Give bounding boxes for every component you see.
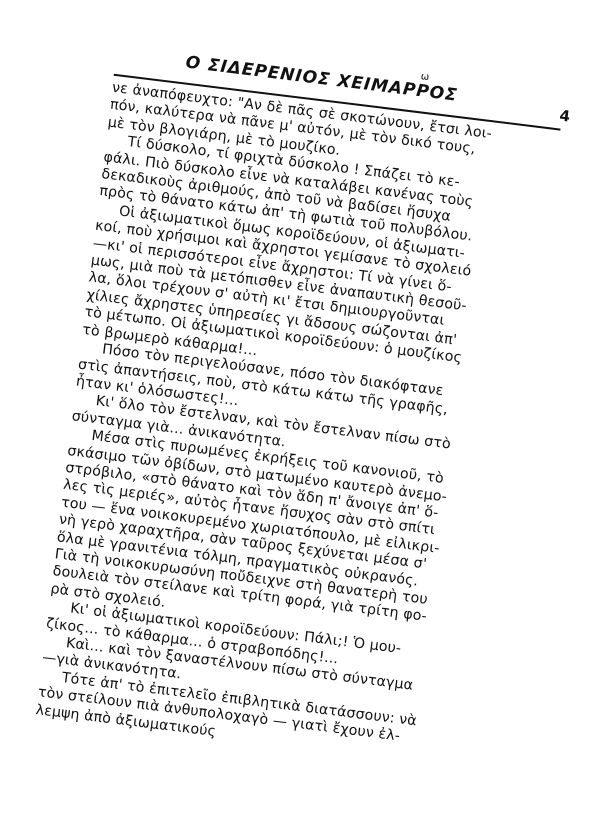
scanned-page-background: Ο ΣΙΔΕΡΕΝΙΟΣ ΧΕΙΜΑΡΡΟΣ ω 4 νε ἀναπόφευχτ… xyxy=(0,0,600,840)
header-ink-mark: ω xyxy=(420,71,430,83)
body-text: νε ἀναπόφευχτο: "Αν δὲ πᾶς σὲ σκοτώνουν,… xyxy=(35,80,560,774)
book-page: Ο ΣΙΔΕΡΕΝΙΟΣ ΧΕΙΜΑΡΡΟΣ ω 4 νε ἀναπόφευχτ… xyxy=(35,40,565,774)
page-number: 4 xyxy=(559,106,572,125)
